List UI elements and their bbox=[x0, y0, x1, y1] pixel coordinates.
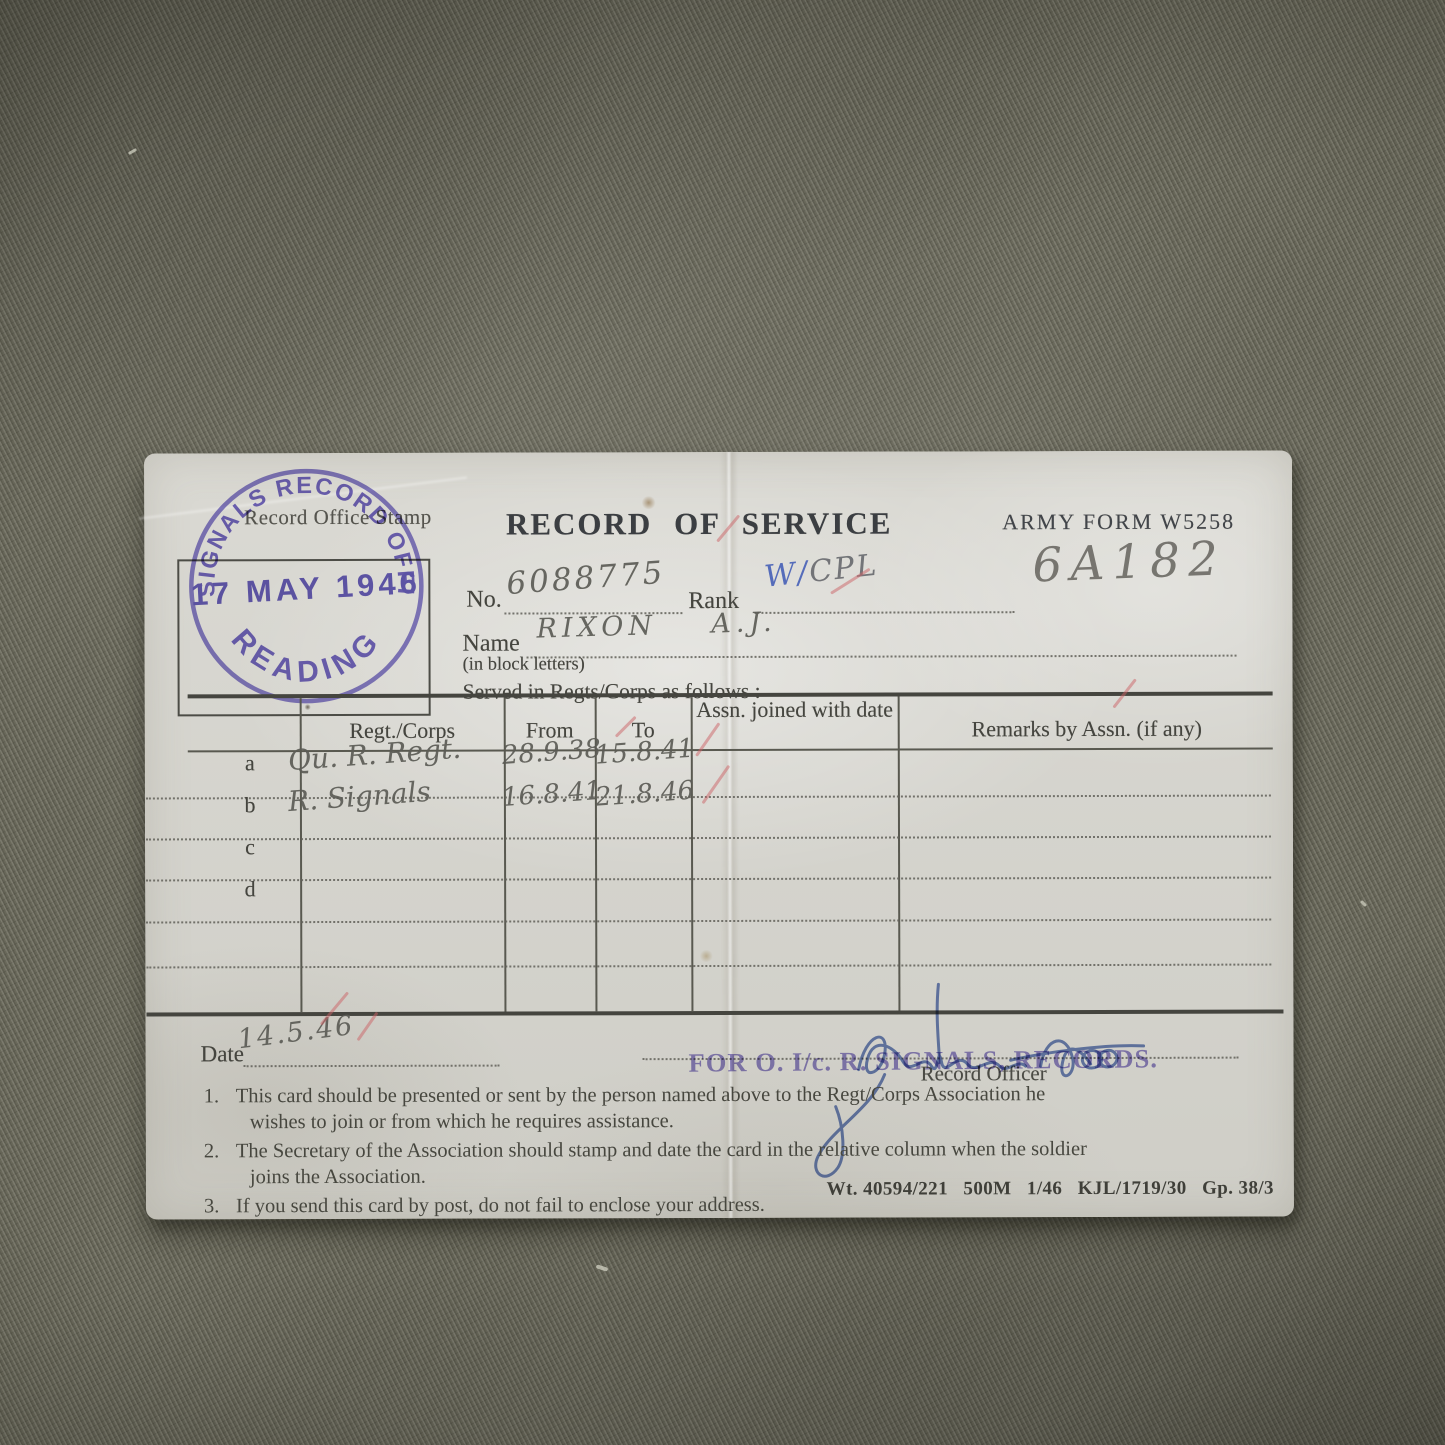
note-text: The Secretary of the Association should … bbox=[236, 1136, 1087, 1164]
table-column-rule bbox=[898, 697, 901, 1011]
service-table: Regt./Corps From To Assn. joined with da… bbox=[188, 692, 1274, 1017]
record-of-service-card: Record Office Stamp R. SIGNALS RECORD OF… bbox=[144, 450, 1294, 1219]
circular-ink-stamp: R. SIGNALS RECORD OFFICE READING 17 MAY … bbox=[154, 459, 455, 720]
row-letter-b: b bbox=[230, 792, 270, 818]
row-b-to-value: 21.8.46 bbox=[594, 776, 695, 813]
table-row-dotted-line bbox=[146, 964, 1271, 969]
note-text: This card should be presented or sent by… bbox=[236, 1081, 1046, 1109]
row-a-from-value: 28.9.38 bbox=[501, 734, 602, 771]
fabric-background: Record Office Stamp R. SIGNALS RECORD OF… bbox=[0, 0, 1445, 1445]
instructions-list: 1. This card should be presented or sent… bbox=[204, 1081, 1282, 1223]
col-header-remarks: Remarks by Assn. (if any) bbox=[903, 716, 1271, 743]
row-b-from-value: 16.8.41 bbox=[501, 776, 602, 813]
table-row-dotted-line bbox=[146, 919, 1271, 924]
print-code-imprint: Wt. 40594/221 500M 1/46 KJL/1719/30 Gp. … bbox=[606, 1178, 1274, 1202]
date-dotted-line bbox=[244, 1065, 500, 1068]
service-number-value: 6088775 bbox=[505, 555, 666, 602]
row-a-to-value: 15.8.41 bbox=[594, 734, 695, 771]
table-row-dotted-line bbox=[146, 877, 1271, 882]
fabric-lint bbox=[1360, 900, 1367, 907]
stamp-date-text: 17 MAY 1946 bbox=[190, 565, 422, 613]
no-label: No. bbox=[466, 587, 501, 614]
note-number: 2. bbox=[204, 1138, 236, 1190]
note-number: 3. bbox=[204, 1193, 236, 1219]
note-text: wishes to join or from which he requires… bbox=[236, 1107, 1046, 1135]
row-letter-a: a bbox=[230, 750, 270, 776]
name-dotted-line bbox=[527, 655, 1237, 659]
note-1: 1. This card should be presented or sent… bbox=[204, 1081, 1282, 1136]
stamp-ring-bottom-text: READING bbox=[225, 623, 389, 689]
row-b-regt-value: R. Signals bbox=[287, 775, 432, 818]
red-pencil-tick bbox=[357, 1012, 379, 1042]
date-value: 14.5.46 bbox=[236, 1010, 356, 1055]
col-header-assn-joined: Assn. joined with date bbox=[696, 697, 894, 723]
svg-text:READING: READING bbox=[225, 623, 389, 689]
block-letters-note: (in block letters) bbox=[463, 654, 585, 675]
handwritten-serial: 6A182 bbox=[1031, 531, 1226, 593]
row-letter-d: d bbox=[230, 876, 270, 902]
rank-dotted-line bbox=[754, 611, 1014, 614]
page-title: RECORD OF SERVICE bbox=[474, 505, 924, 542]
table-row-dotted-line bbox=[146, 836, 1271, 841]
date-label: Date bbox=[201, 1041, 244, 1067]
note-number: 1. bbox=[204, 1083, 236, 1135]
fabric-lint bbox=[596, 1264, 609, 1272]
fabric-lint bbox=[128, 148, 137, 155]
row-letter-c: c bbox=[230, 834, 270, 860]
name-value: RIXON A.J. bbox=[536, 607, 777, 645]
